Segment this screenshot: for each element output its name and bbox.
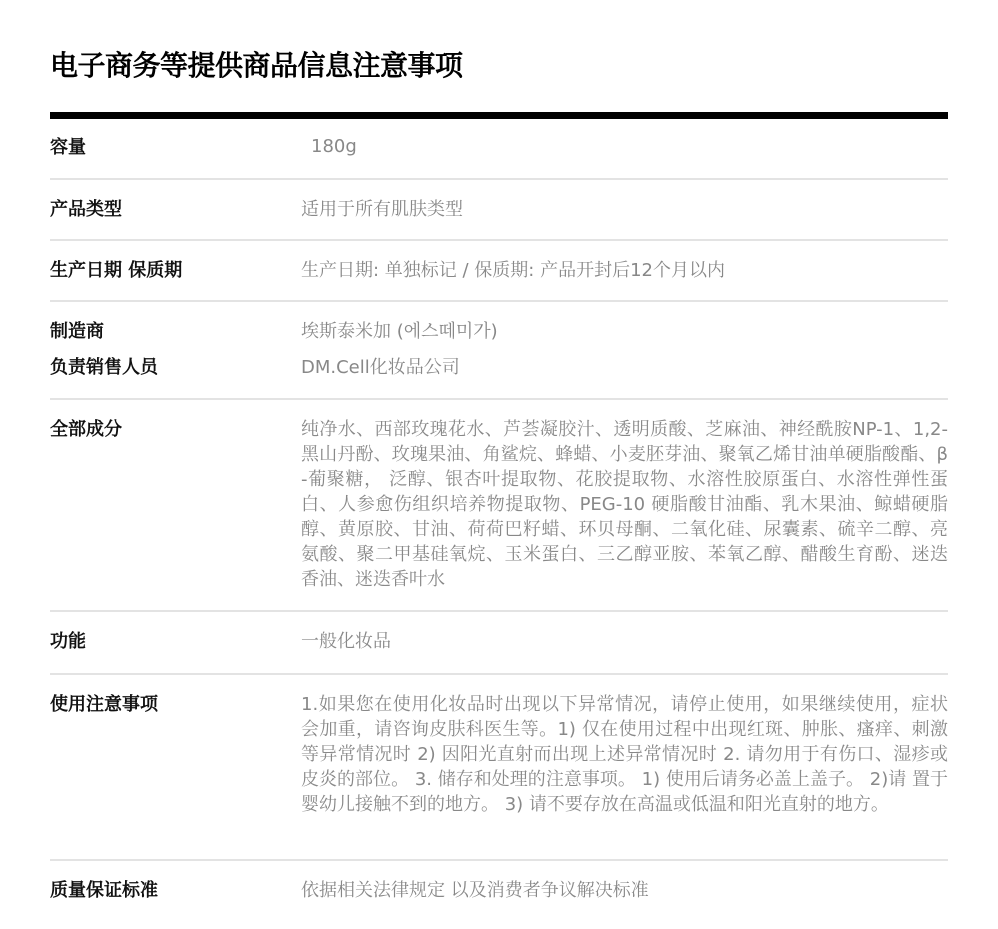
- row-label: 容量: [50, 135, 86, 161]
- title-divider: [50, 112, 948, 119]
- row-value: 埃斯泰米加 (에스떼미가): [301, 319, 948, 344]
- row-value: 适用于所有肌肤类型: [301, 197, 948, 222]
- row-value: DM.Cell化妆品公司: [301, 355, 948, 380]
- row-label: 生产日期 保质期: [50, 258, 182, 284]
- table-row-manufacture-date: 生产日期 保质期 生产日期: 单独标记 / 保质期: 产品开封后12个月以内: [50, 241, 948, 302]
- row-label: 功能: [50, 629, 86, 655]
- table-row-ingredients: 全部成分 纯净水、西部玫瑰花水、芦荟凝胶汁、透明质酸、芝麻油、神经酰胺NP-1、…: [50, 400, 948, 612]
- row-label: 制造商: [50, 319, 104, 345]
- page-title: 电子商务等提供商品信息注意事项: [50, 44, 463, 84]
- table-row-precautions: 使用注意事项 1.如果您在使用化妆品时出现以下异常情况，请停止使用，如果继续使用…: [50, 675, 948, 861]
- table-row-capacity: 容量 180g: [50, 119, 948, 180]
- row-label: 使用注意事项: [50, 692, 158, 718]
- table-row-product-type: 产品类型 适用于所有肌肤类型: [50, 180, 948, 241]
- row-value: 一般化妆品: [301, 629, 948, 654]
- row-label: 质量保证标准: [50, 878, 158, 904]
- table-row-function: 功能 一般化妆品: [50, 612, 948, 675]
- table-row-quality-standard: 质量保证标准 依据相关法律规定 以及消费者争议解决标准: [50, 861, 948, 921]
- row-value: 纯净水、西部玫瑰花水、芦荟凝胶汁、透明质酸、芝麻油、神经酰胺NP-1、1,2-黑…: [301, 417, 948, 592]
- row-value: 1.如果您在使用化妆品时出现以下异常情况，请停止使用，如果继续使用，症状会加重，…: [301, 692, 948, 817]
- info-table: 容量 180g 产品类型 适用于所有肌肤类型 生产日期 保质期 生产日期: 单独…: [50, 119, 948, 921]
- row-label: 负责销售人员: [50, 355, 158, 381]
- table-row-manufacturer: 制造商 埃斯泰米加 (에스떼미가) 负责销售人员 DM.Cell化妆品公司: [50, 302, 948, 400]
- row-label: 全部成分: [50, 417, 122, 443]
- row-value: 生产日期: 单独标记 / 保质期: 产品开封后12个月以内: [301, 258, 948, 283]
- row-label: 产品类型: [50, 197, 122, 223]
- row-value: 依据相关法律规定 以及消费者争议解决标准: [301, 878, 948, 903]
- row-value: 180g: [311, 134, 958, 159]
